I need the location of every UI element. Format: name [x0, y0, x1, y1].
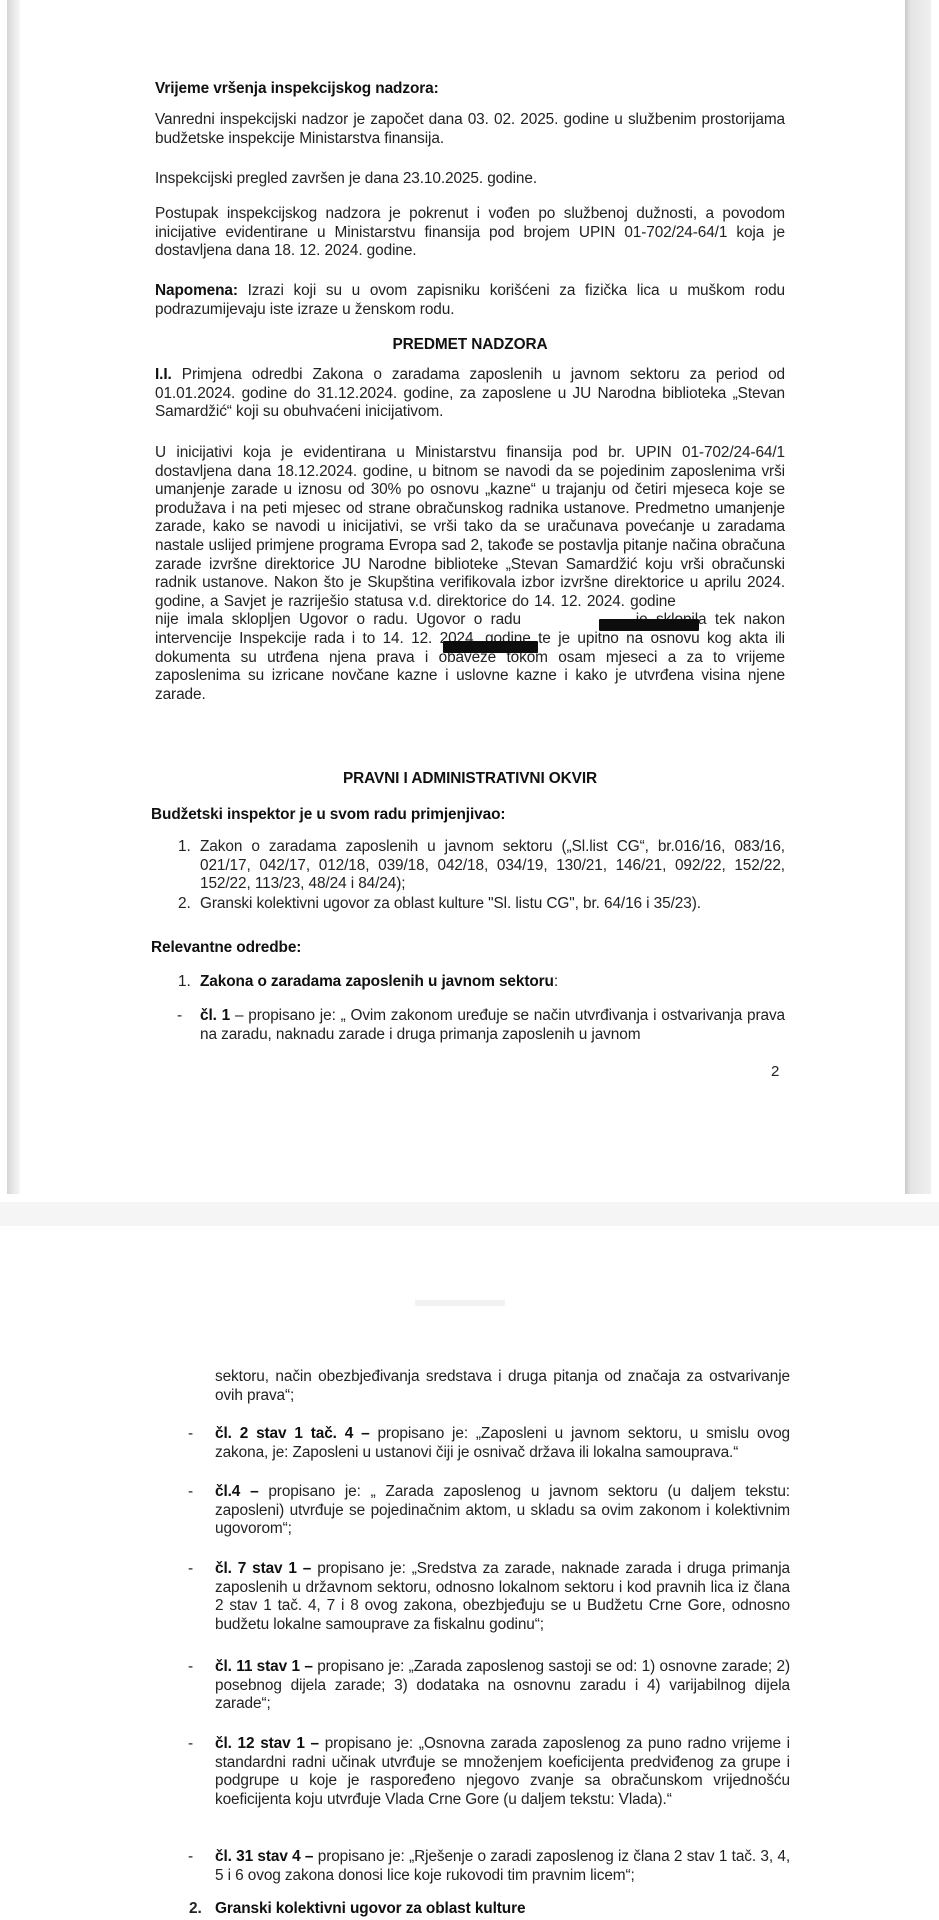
article-1-continued: sektoru, način obezbjeđivanja sredstava … — [215, 1368, 790, 1405]
note-text: Izrazi koji su u ovom zapisniku korišćen… — [155, 282, 785, 318]
redaction-box — [443, 641, 538, 653]
article-label: čl. 2 stav 1 tač. 4 – — [215, 1425, 370, 1442]
page-separator — [0, 1202, 939, 1226]
article-text: – propisano je: „ Ovim zakonom uređuje s… — [200, 1007, 785, 1043]
article-label: čl. 11 stav 1 – — [215, 1658, 313, 1675]
paragraph-subject: I.I. Primjena odredbi Zakona o zaradama … — [155, 366, 785, 422]
subject-text: Primjena odredbi Zakona o zaradama zapos… — [155, 366, 785, 420]
article-4: čl.4 – propisano je: „ Zarada zaposlenog… — [215, 1483, 790, 1539]
list-item-law: Zakon o zaradama zaposlenih u javnom sek… — [200, 838, 785, 894]
list-number: 2. — [189, 1900, 202, 1919]
list-item-collective-agreement: Granski kolektivni ugovor za oblast kult… — [200, 895, 800, 914]
bullet-dash: - — [188, 1560, 193, 1579]
article-1: čl. 1 – propisano je: „ Ovim zakonom ure… — [200, 1007, 785, 1044]
heading-applied-regulations: Budžetski inspektor je u svom radu primj… — [151, 806, 791, 825]
article-text: propisano je: „ Zarada zaposlenog u javn… — [215, 1483, 790, 1537]
relevant-law-title: Zakona o zaradama zaposlenih u javnom se… — [200, 973, 790, 992]
heading-legal-framework: PRAVNI I ADMINISTRATIVNI OKVIR — [155, 770, 785, 789]
article-label: čl. 12 stav 1 – — [215, 1735, 319, 1752]
relevant-law-title-text: Zakona o zaradama zaposlenih u javnom se… — [200, 973, 554, 990]
page-1-left-edge — [7, 0, 20, 1194]
article-12: čl. 12 stav 1 – propisano je: „Osnovna z… — [215, 1735, 790, 1809]
bullet-dash: - — [188, 1483, 193, 1502]
heading-subject: PREDMET NADZORA — [155, 336, 785, 355]
colon: : — [554, 973, 558, 990]
article-label: čl. 7 stav 1 – — [215, 1560, 311, 1577]
article-label: čl. 1 — [200, 1007, 230, 1024]
section-heading-inspection-time: Vrijeme vršenja inspekcijskog nadzora: — [155, 80, 785, 99]
list-number: 1. — [178, 973, 191, 992]
article-31: čl. 31 stav 4 – propisano je: „Rješenje … — [215, 1848, 790, 1885]
bullet-dash: - — [188, 1735, 193, 1754]
paragraph-procedure: Postupak inspekcijskog nadzora je pokren… — [155, 205, 785, 261]
initiative-text-2: nije imala sklopljen Ugovor o radu. Ugov… — [155, 611, 521, 628]
paragraph-inspection-start: Vanredni inspekcijski nadzor je započet … — [155, 111, 785, 148]
article-label: čl.4 – — [215, 1483, 259, 1500]
subject-label: I.I. — [155, 366, 172, 383]
page-1-right-edge — [905, 0, 931, 1194]
bullet-dash: - — [188, 1658, 193, 1677]
bullet-dash: - — [188, 1425, 193, 1444]
redaction-box — [599, 619, 699, 631]
heading-relevant-provisions: Relevantne odredbe: — [151, 939, 791, 958]
section-collective-agreement-title: Granski kolektivni ugovor za oblast kult… — [215, 1900, 790, 1919]
article-7: čl. 7 stav 1 – propisano je: „Sredstva z… — [215, 1560, 790, 1634]
paragraph-inspection-end: Inspekcijski pregled završen je dana 23.… — [155, 170, 785, 189]
bleed-through-mark — [415, 1300, 505, 1306]
list-number: 2. — [178, 895, 191, 914]
page-number: 2 — [771, 1063, 779, 1080]
paragraph-note: Napomena: Izrazi koji su u ovom zapisnik… — [155, 282, 785, 319]
list-number: 1. — [178, 838, 191, 857]
initiative-text-1: U inicijativi koja je evidentirana u Min… — [155, 444, 785, 610]
article-11: čl. 11 stav 1 – propisano je: „Zarada za… — [215, 1658, 790, 1714]
bullet-dash: - — [188, 1848, 193, 1867]
bullet-dash: - — [177, 1007, 182, 1026]
article-label: čl. 31 stav 4 – — [215, 1848, 313, 1865]
article-2: čl. 2 stav 1 tač. 4 – propisano je: „Zap… — [215, 1425, 790, 1462]
paragraph-initiative: U inicijativi koja je evidentirana u Min… — [155, 444, 785, 704]
note-label: Napomena: — [155, 282, 238, 299]
